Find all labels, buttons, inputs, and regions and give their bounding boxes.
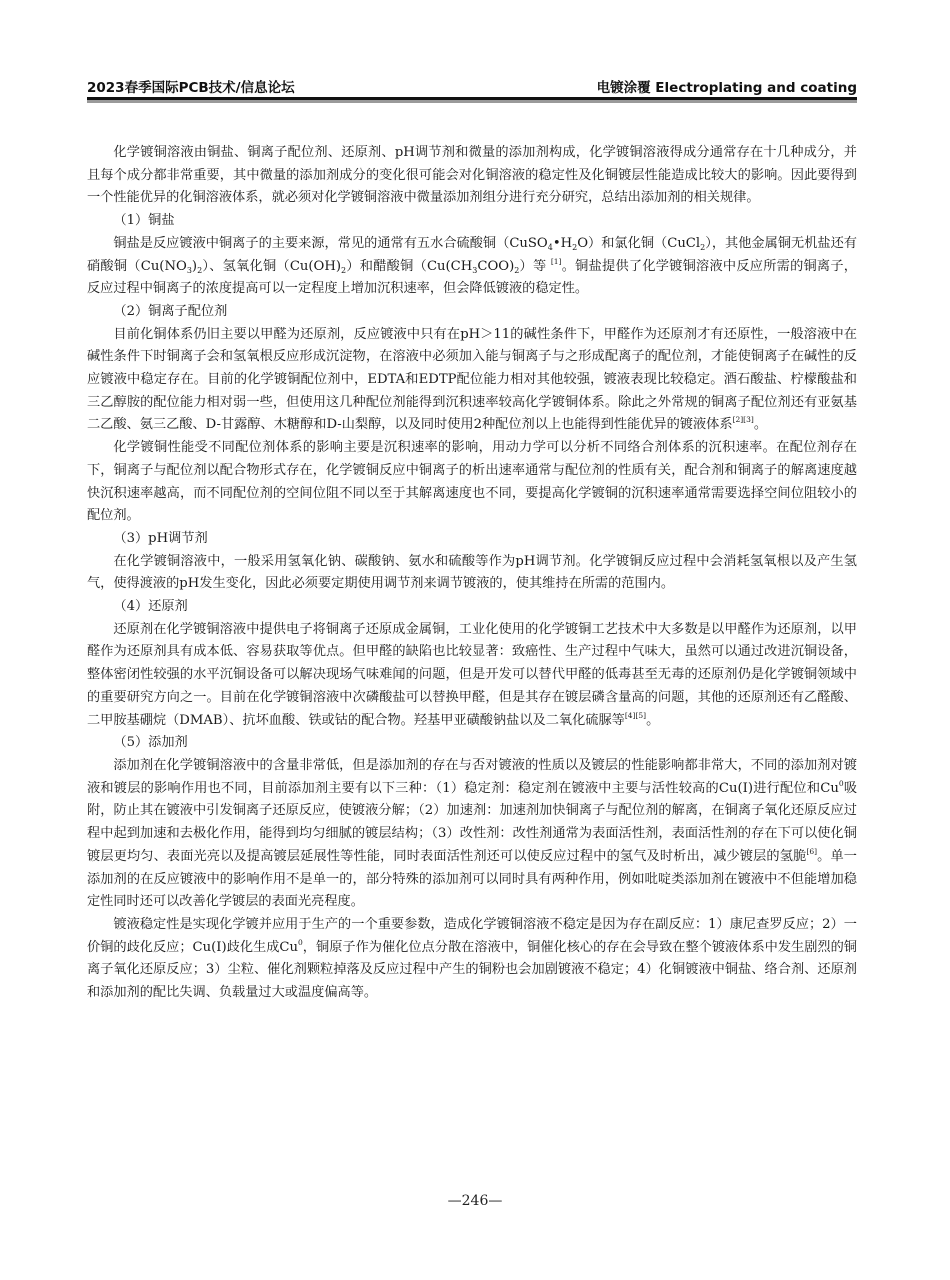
citation-ref: [4][5]: [625, 711, 646, 720]
heading-ph-regulator: （3）pH调节剂: [87, 528, 857, 551]
paragraph-copper-salt: 铜盐是反应镀液中铜离子的主要来源，常见的通常有五水合硫酸铜（CuSO4•H2O）…: [87, 233, 857, 301]
conference-title: 2023春季国际PCB技术/信息论坛: [87, 76, 295, 96]
section-title: 电镀涂覆 Electroplating and coating: [597, 76, 857, 96]
running-header: 2023春季国际PCB技术/信息论坛 电镀涂覆 Electroplating a…: [87, 74, 857, 96]
page-number: —246—: [0, 1193, 950, 1209]
heading-complexing-agent: （2）铜离子配位剂: [87, 301, 857, 324]
citation-ref: [2][3]: [733, 415, 754, 424]
citation-ref: [1]: [551, 257, 562, 266]
heading-reducing-agent: （4）还原剂: [87, 596, 857, 619]
citation-ref: [6]: [806, 847, 817, 856]
paragraph-complexing-agent-1: 目前化铜体系仍旧主要以甲醛为还原剂，反应镀液中只有在pH＞11的碱性条件下，甲醛…: [87, 324, 857, 438]
paragraph-additive: 添加剂在化学镀铜溶液中的含量非常低，但是添加剂的存在与否对镀液的性质以及镀层的性…: [87, 755, 857, 914]
paragraph-ph-regulator: 在化学镀铜溶液中，一般采用氢氧化钠、碳酸钠、氨水和硫酸等作为pH调节剂。化学镀铜…: [87, 551, 857, 596]
paragraph-intro: 化学镀铜溶液由铜盐、铜离子配位剂、还原剂、pH调节剂和微量的添加剂构成，化学镀铜…: [87, 142, 857, 210]
paragraph-complexing-agent-2: 化学镀铜性能受不同配位剂体系的影响主要是沉积速率的影响，用动力学可以分析不同络合…: [87, 437, 857, 528]
paragraph-reducing-agent: 还原剂在化学镀铜溶液中提供电子将铜离子还原成金属铜，工业化使用的化学镀铜工艺技术…: [87, 619, 857, 733]
paragraph-bath-stability: 镀液稳定性是实现化学镀并应用于生产的一个重要参数，造成化学镀铜溶液不稳定是因为存…: [87, 914, 857, 1005]
article-body: 化学镀铜溶液由铜盐、铜离子配位剂、还原剂、pH调节剂和微量的添加剂构成，化学镀铜…: [87, 142, 857, 1005]
heading-copper-salt: （1）铜盐: [87, 210, 857, 233]
heading-additive: （5）添加剂: [87, 732, 857, 755]
header-rule-thin: [87, 100, 857, 103]
